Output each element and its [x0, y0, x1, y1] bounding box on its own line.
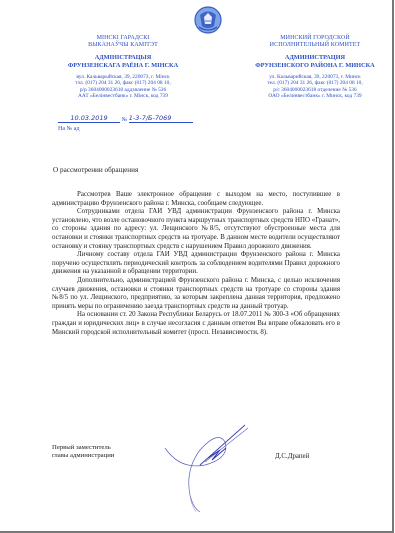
admin-name-line: АДМИНИСТРАЦИЯ [240, 54, 390, 61]
body-paragraph: Сотрудниками отдела ГАИ УВД администраци… [52, 208, 340, 251]
letterhead-belarusian: МІНСКІ ГАРАДСКІ ВЫКАНАЎЧЫ КАМІТЭТ АДМІНІ… [48, 35, 198, 100]
letter-body: Рассмотрев Ваше электронное обращение с … [52, 191, 340, 337]
outgoing-number: 1-3-7/Б-7069 [129, 114, 172, 122]
admin-name-line: ФРУНЗЕНСКОГО РАЙОНА Г. МИНСКА [240, 62, 390, 69]
address-line: ААТ «Белінвестбанк» г. Мінск, код 739 [48, 93, 198, 99]
position-line: главы администрации [52, 452, 114, 460]
admin-name-line: АДМІНІСТРАЦЫЯ [48, 54, 198, 61]
reply-from-label: ад [74, 126, 80, 132]
body-paragraph: На основании ст. 20 Закона Республики Бе… [52, 311, 340, 337]
letter-page: МІНСКІ ГАРАДСКІ ВЫКАНАЎЧЫ КАМІТЭТ АДМІНІ… [0, 0, 394, 533]
reply-number-label: На № [58, 126, 72, 132]
registration-line: 10.03.2019 № 1-3-7/Б-7069 [58, 115, 193, 123]
outgoing-date: 10.03.2019 [70, 114, 107, 122]
coat-of-arms-icon [194, 6, 222, 34]
body-paragraph: Рассмотрев Ваше электронное обращение с … [52, 191, 340, 208]
number-label: № [122, 117, 128, 123]
handwritten-signature-icon [160, 420, 260, 515]
admin-name-line: ФРУНЗЕНСКАГА РАЁНА Г. МІНСКА [48, 62, 198, 69]
reply-reference-line: На № ад [58, 126, 79, 132]
org-name-line: ВЫКАНАЎЧЫ КАМІТЭТ [48, 42, 198, 49]
org-name-line: ИСПОЛНИТЕЛЬНЫЙ КОМИТЕТ [240, 42, 390, 49]
body-paragraph: Дополнительно, администрацией Фрунзенско… [52, 277, 340, 311]
address-line: ОАО «Белинвестбанк» г. Минск, код 739 [240, 93, 390, 99]
signatory-position: Первый заместитель главы администрации [52, 444, 114, 461]
body-paragraph: Личному составу отдела ГАИ УВД администр… [52, 251, 340, 277]
position-line: Первый заместитель [52, 444, 114, 452]
signatory-name: Д.С.Драпей [275, 453, 309, 460]
letterhead-russian: МИНСКИЙ ГОРОДСКОЙ ИСПОЛНИТЕЛЬНЫЙ КОМИТЕТ… [240, 35, 390, 100]
letter-subject: О рассмотрении обращения [53, 166, 138, 174]
